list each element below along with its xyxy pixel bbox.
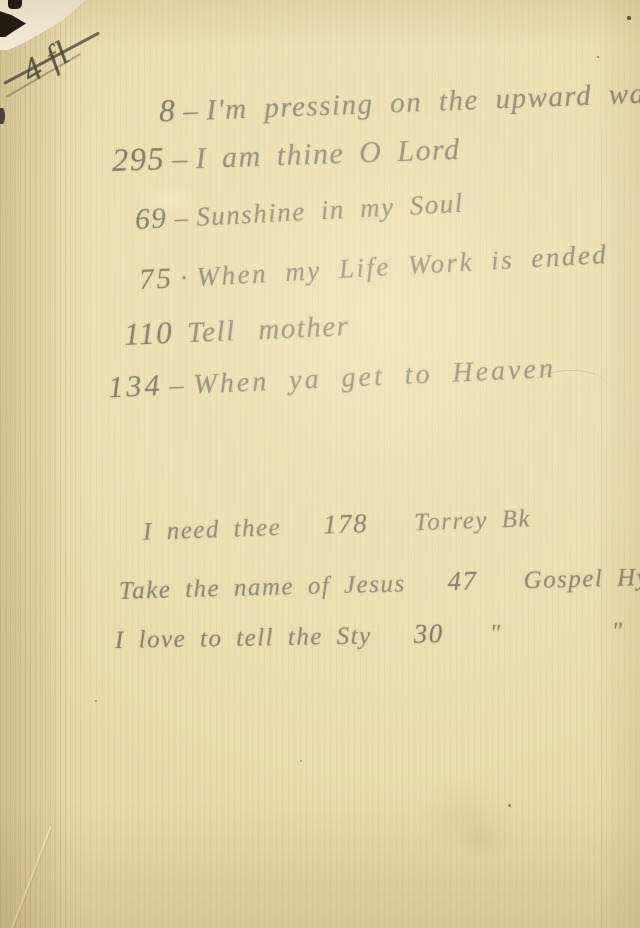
song-title: I need thee [143, 514, 282, 546]
song-number: 30 [413, 618, 444, 649]
paper-crease [601, 132, 602, 928]
song-book: " " [489, 618, 623, 647]
song-number: 178 [323, 508, 369, 540]
paper-crease [11, 826, 52, 928]
paper-speck [95, 700, 97, 702]
paper-stain [455, 820, 510, 860]
ink-mark-left-edge [0, 108, 5, 124]
paper-speck [300, 760, 302, 762]
scanned-flyleaf-page: 4 fl 8–I'm pressing on the upward way 29… [0, 0, 640, 928]
paper-speck [627, 16, 631, 20]
paper-speck [597, 56, 599, 58]
ink-blot-icon [8, 0, 22, 9]
hymn-title: When ya get to Heaven [193, 353, 557, 400]
paper-speck [508, 804, 511, 807]
hymn-separator: – [169, 370, 187, 402]
hymn-separator: – [173, 202, 190, 233]
song-book: Torrey Bk [414, 505, 532, 536]
songbook-line: I love to tell the Sty30" " [59, 587, 624, 684]
paper-stain [420, 780, 510, 850]
song-title: I love to tell the Sty [115, 622, 372, 653]
corner-note-text: 4 fl [16, 34, 77, 91]
hymn-number: 134 [107, 368, 163, 404]
